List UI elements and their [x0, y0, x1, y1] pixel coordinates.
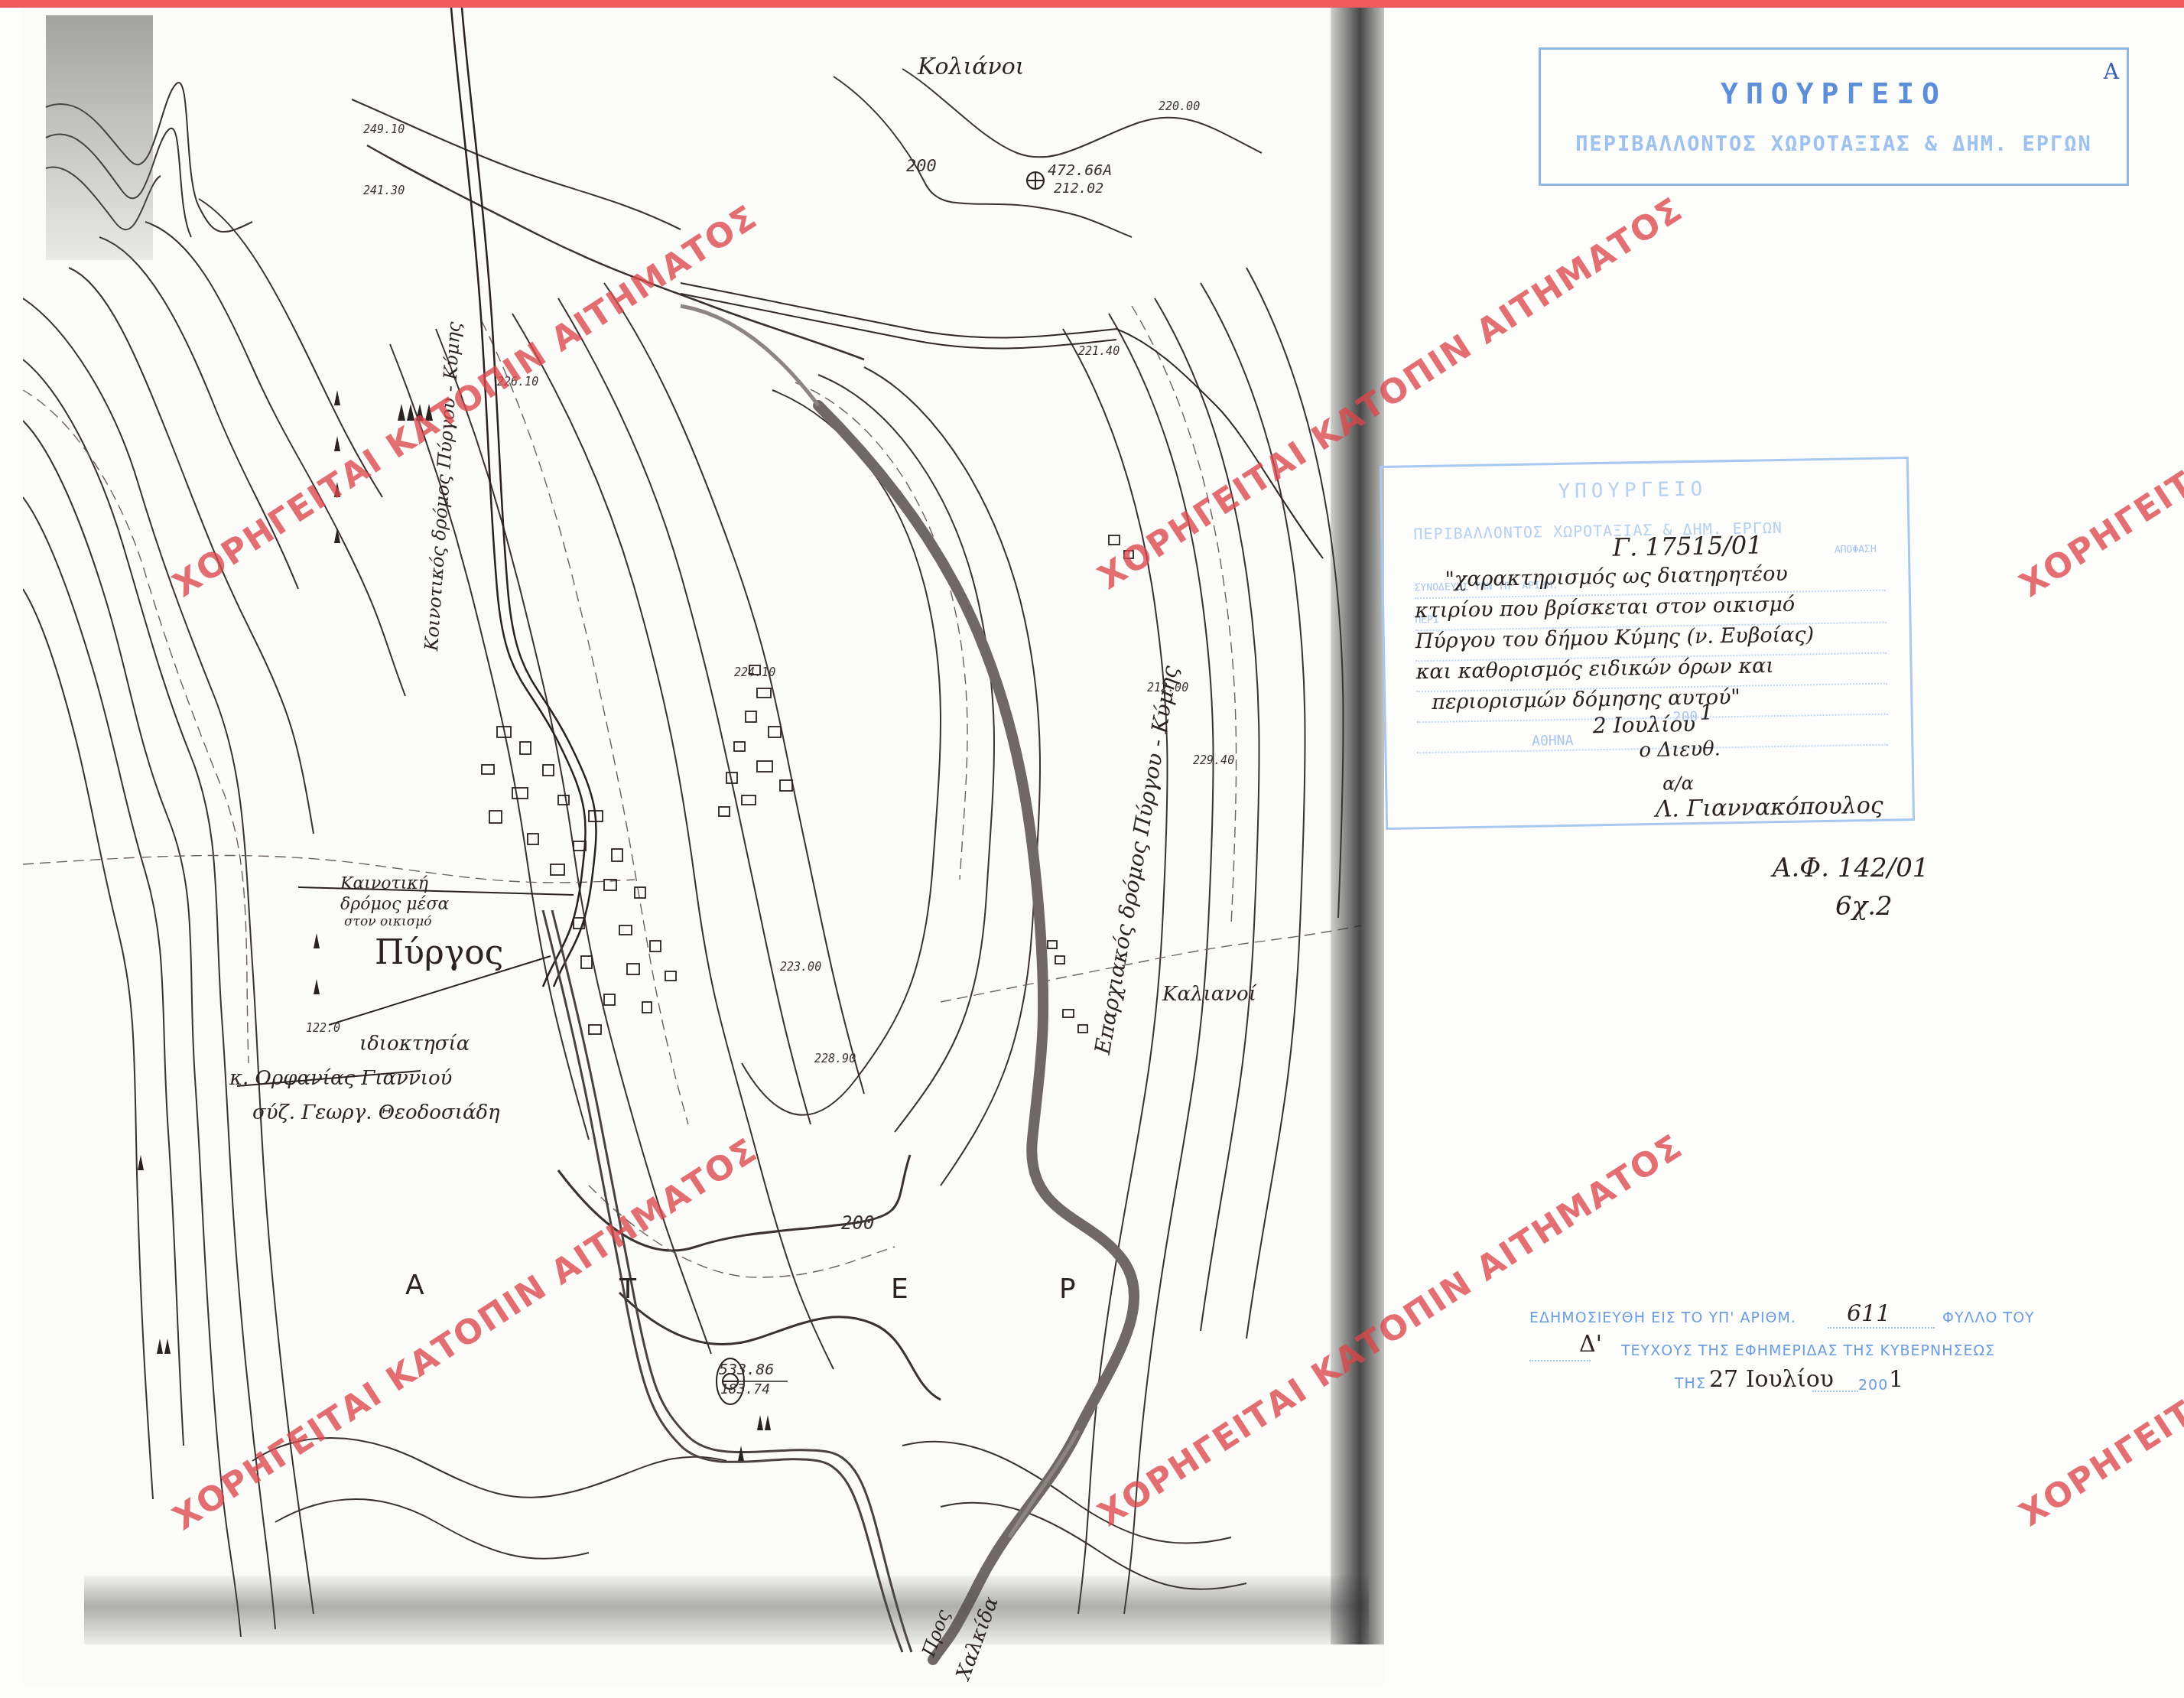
elevation-229: 229.40: [1193, 753, 1234, 767]
scan-shadow-bottom: [84, 1576, 1369, 1644]
terrain-letter-e: Ε: [891, 1273, 908, 1305]
publication-line-1-suffix: ΦΥΛΛΟ ΤΟΥ: [1942, 1309, 2035, 1326]
decision-signature-prefix: α/α: [1662, 773, 1694, 795]
label-new-road-3: στον οικισμό: [344, 914, 432, 929]
label-koliannoi-top: Κολιάνοι: [918, 54, 1025, 80]
publication-issue: Δ': [1579, 1331, 1602, 1358]
decision-stamp-label-athina: ΑΘΗΝΑ: [1532, 733, 1574, 750]
decision-year-suffix: 1: [1699, 700, 1713, 725]
publication-year-prefix: 200: [1858, 1377, 1888, 1394]
scan-fold-shadow: [1331, 8, 1384, 1644]
elevation-241: 241.30: [363, 184, 405, 197]
decision-date: 2 Ιουλίου: [1593, 711, 1696, 738]
label-new-road-2: δρόμος μέσα: [340, 895, 449, 914]
terrain-letter-a: Α: [405, 1270, 424, 1301]
scan-shadow-top-left: [46, 15, 153, 260]
file-reference-line-2: 6χ.2: [1835, 891, 1893, 922]
elevation-212: 212.00: [1147, 681, 1188, 694]
ministry-stamp-corner-mark: A: [2104, 59, 2119, 84]
trig-top-value: 472.66Α: [1048, 161, 1112, 179]
elevation-249: 249.10: [363, 122, 405, 136]
label-village-pyrgos: Πύργος: [375, 933, 503, 972]
publication-sheet-number: 611: [1847, 1300, 1890, 1327]
watermark-3-partial: ΧΟΡΗΓΕΙΤΑ: [2013, 449, 2184, 605]
elevation-228: 228.90: [814, 1052, 856, 1065]
ministry-stamp-subtitle: ΠΕΡΙΒΑΛΛΟΝΤΟΣ ΧΩΡΟΤΑΞΙΑΣ & ΔΗΜ. ΕΡΓΩΝ: [1541, 132, 2127, 156]
decision-stamp: ΥΠΟΥΡΓΕΙΟ ΠΕΡΙΒΑΛΛΟΝΤΟΣ ΧΩΡΟΤΑΞΙΑΣ & ΔΗΜ…: [1380, 457, 1915, 830]
elevation-223: 223.00: [780, 960, 821, 974]
elevation-122: 122.0: [306, 1021, 340, 1035]
contour-label-200-bottom: 200: [841, 1212, 874, 1234]
decision-stamp-header: ΥΠΟΥΡΓΕΙΟ: [1558, 478, 1707, 503]
terrain-letter-t: Τ: [619, 1273, 636, 1305]
publication-date: 27 Ιουλίου: [1709, 1366, 1834, 1393]
terrain-letter-r: Ρ: [1059, 1273, 1076, 1305]
decision-subject-line-3: Πύργου του δήμου Κύμης (ν. Ευβοίας): [1415, 623, 1815, 653]
publication-stamp: ΕΔΗΜΟΣΙΕΥΘΗ ΕΙΣ ΤΟ ΥΠ' ΑΡΙΘΜ. 611 ΦΥΛΛΟ …: [1529, 1300, 2080, 1415]
elevation-224: 224.10: [734, 665, 775, 679]
label-property-1: ιδιοκτησία: [359, 1033, 470, 1056]
label-property-2: κ. Ορφανίας Γιαννιού: [229, 1067, 452, 1090]
label-kalianoi-right: Καλιανοί: [1162, 983, 1256, 1006]
label-new-road-1: Καινοτική: [340, 874, 428, 893]
decision-signature-name: Λ. Γιαννακόπουλος: [1655, 792, 1883, 823]
publication-line-1-prefix: ΕΔΗΜΟΣΙΕΥΘΗ ΕΙΣ ΤΟ ΥΠ' ΑΡΙΘΜ.: [1529, 1309, 1796, 1326]
publication-line-3-prefix: ΤΗΣ: [1675, 1375, 1706, 1392]
decision-subject-line-1: "χαρακτηρισμός ως διατηρητέου: [1445, 562, 1788, 592]
decision-number: Γ. 17515/01: [1612, 530, 1762, 561]
trig-top-sub: 212.02: [1054, 181, 1103, 197]
decision-signatory-title: ο Διευθ.: [1639, 737, 1721, 762]
publication-year-suffix: 1: [1889, 1366, 1903, 1393]
elevation-221: 221.40: [1078, 344, 1120, 358]
publication-line-2: ΤΕΥΧΟΥΣ ΤΗΣ ΕΦΗΜΕΡΙΔΑΣ ΤΗΣ ΚΥΒΕΡΝΗΣΕΩΣ: [1621, 1342, 1995, 1359]
top-red-bar: [0, 0, 2184, 8]
trig-bottom-value: 533.86: [719, 1360, 774, 1378]
label-property-3: σύζ. Γεωργ. Θεοδοσιάδη: [252, 1101, 500, 1124]
decision-subject-line-4: και καθορισμός ειδικών όρων και: [1415, 654, 1774, 684]
file-reference-line-1: Α.Φ. 142/01: [1773, 853, 1929, 883]
ministry-stamp-title: ΥΠΟΥΡΓΕΙΟ: [1541, 76, 2127, 110]
elevation-220: 220.00: [1159, 99, 1200, 113]
trig-bottom-sub: 183.74: [720, 1381, 770, 1397]
decision-stamp-label-decision: ΑΠΟΦΑΣΗ: [1835, 544, 1877, 556]
contour-label-200-top: 200: [906, 157, 937, 176]
ministry-stamp: ΥΠΟΥΡΓΕΙΟ ΠΕΡΙΒΑΛΛΟΝΤΟΣ ΧΩΡΟΤΑΞΙΑΣ & ΔΗΜ…: [1539, 47, 2129, 186]
